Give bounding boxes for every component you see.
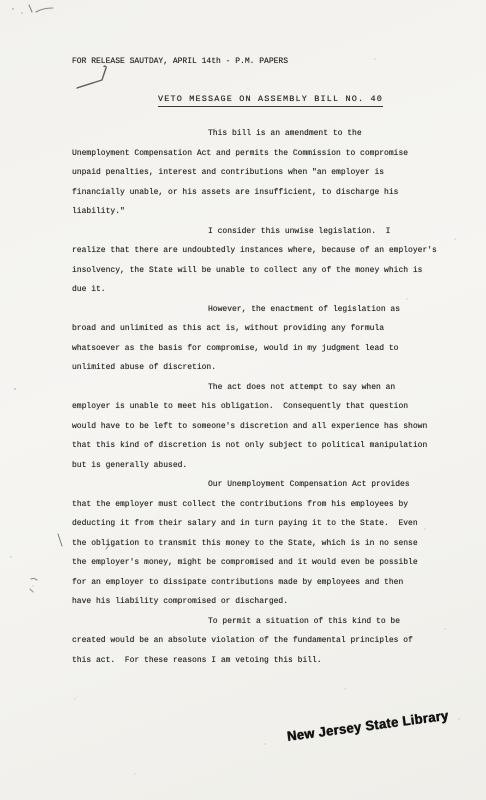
text-line: for an employer to dissipate contributio… bbox=[72, 573, 454, 593]
paragraph: This bill is an amendment to theUnemploy… bbox=[72, 124, 454, 222]
text-line: deducting it from their salary and in tu… bbox=[72, 514, 454, 534]
text-line: the employer's money, might be compromis… bbox=[72, 553, 454, 573]
text-line: unpaid penalties, interest and contribut… bbox=[72, 163, 454, 183]
paragraph: However, the enactment of legislation as… bbox=[72, 300, 454, 378]
text-line: this act. For these reasons I am vetoing… bbox=[72, 651, 454, 671]
document-title: VETO MESSAGE ON ASSEMBLY BILL NO. 40 bbox=[158, 94, 383, 107]
text-line: Unemployment Compensation Act and permit… bbox=[72, 144, 454, 164]
text-line: due it. bbox=[72, 280, 454, 300]
text-line: employer is unable to meet his obligatio… bbox=[72, 397, 454, 417]
text-line: realize that there are undoubtedly insta… bbox=[72, 241, 454, 261]
text-line: created would be an absolute violation o… bbox=[72, 631, 454, 651]
text-line: broad and unlimited as this act is, with… bbox=[72, 319, 454, 339]
text-line: unlimited abuse of discretion. bbox=[72, 358, 454, 378]
text-line: that the employer must collect the contr… bbox=[72, 495, 454, 515]
text-line: financially unable, or his assets are in… bbox=[72, 183, 454, 203]
release-line: FOR RELEASE SAUTDAY, APRIL 14th - P.M. P… bbox=[72, 57, 288, 66]
text-line: that this kind of discretion is not only… bbox=[72, 436, 454, 456]
text-line: liability." bbox=[72, 202, 454, 222]
document-body: This bill is an amendment to theUnemploy… bbox=[72, 124, 454, 670]
text-line: I consider this unwise legislation. I bbox=[72, 222, 454, 242]
text-line: but is generally abused. bbox=[72, 456, 454, 476]
text-line: To permit a situation of this kind to be bbox=[72, 612, 454, 632]
text-line: Our Unemployment Compensation Act provid… bbox=[72, 475, 454, 495]
paragraph: Our Unemployment Compensation Act provid… bbox=[72, 475, 454, 670]
paragraph: The act does not attempt to say when ane… bbox=[72, 378, 454, 476]
scanned-document-page: FOR RELEASE SAUTDAY, APRIL 14th - P.M. P… bbox=[0, 0, 486, 800]
scan-noise-speckles bbox=[14, 388, 16, 390]
library-stamp: New Jersey State Library bbox=[286, 708, 449, 744]
text-line: insolvency, the State will be unable to … bbox=[72, 261, 454, 281]
text-line: This bill is an amendment to the bbox=[72, 124, 454, 144]
pencil-checkmark-icon bbox=[77, 66, 106, 88]
text-line: the obligation to transmit this money to… bbox=[72, 534, 454, 554]
text-line: have his liability compromised or discha… bbox=[72, 592, 454, 612]
text-line: would have to be left to someone's discr… bbox=[72, 417, 454, 437]
pencil-margin-dash-icon bbox=[30, 578, 37, 592]
pencil-scribble-top-left-icon bbox=[12, 5, 53, 14]
text-line: whatsoever as the basis for compromise, … bbox=[72, 339, 454, 359]
paragraph: I consider this unwise legislation. Irea… bbox=[72, 222, 454, 300]
text-line: However, the enactment of legislation as bbox=[72, 300, 454, 320]
pencil-tick-deducting-icon bbox=[58, 534, 62, 546]
text-line: The act does not attempt to say when an bbox=[72, 378, 454, 398]
